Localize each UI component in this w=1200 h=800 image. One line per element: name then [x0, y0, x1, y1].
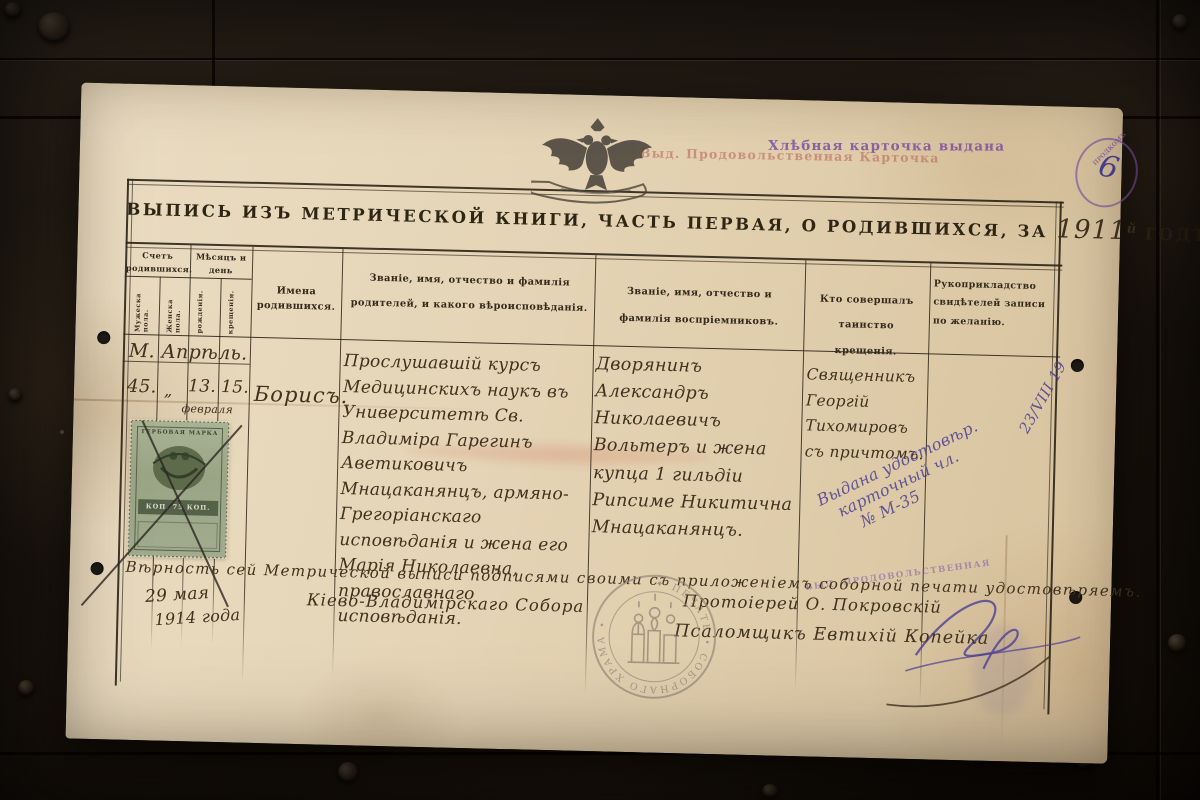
rivet — [1172, 14, 1188, 30]
entry-baptism-day: 15. — [221, 377, 249, 398]
bread-card-stamp: Хлѣбная карточка выдана — [768, 138, 1005, 155]
rivet — [38, 12, 70, 42]
signature-flourish — [878, 646, 1060, 720]
header-priest: Кто совершалъ таинство крещенія. — [807, 286, 926, 365]
stamp-date-line2: 1914 года — [154, 605, 241, 629]
church-seal-text: ✦ ПЕЧАТЬ • СОБОРНАГО ХРАМА • — [594, 577, 713, 696]
header-parents: Званіе, имя, отчество и фамилія родителе… — [348, 265, 591, 322]
entry-male-number: 45. — [127, 376, 157, 398]
entry-female-ditto: „ — [164, 381, 173, 400]
header-day-baptism: крещенія. — [226, 282, 235, 334]
entry-name: Борисъ. — [254, 382, 349, 408]
title-year-handwritten: 1911 — [1056, 214, 1127, 246]
revenue-stamp-eagle-icon — [130, 437, 227, 499]
rivet — [18, 680, 34, 696]
paint-speck — [60, 430, 64, 434]
header-witnesses: Рукоприкладство свидѣтелей записи по жел… — [933, 275, 1058, 333]
metal-seam — [1156, 0, 1159, 800]
rivet — [1168, 634, 1186, 652]
photo-of-metric-book-extract: Выд. Продовольственная Карточка Хлѣбная … — [0, 0, 1200, 800]
hole-punch — [97, 331, 110, 344]
svg-text:✦ ПЕЧАТЬ • СОБОРНАГО ХРАМА •: ✦ ПЕЧАТЬ • СОБОРНАГО ХРАМА • — [594, 577, 713, 696]
entry-day-month: февраля — [181, 402, 233, 416]
revenue-stamp: ГЕРБОВАЯ МАРКА КОП. 75 КОП. — [128, 420, 229, 558]
entry-birth-day: 13. — [188, 376, 216, 397]
revenue-stamp-ornament — [137, 521, 218, 549]
header-month-group: Мѣсяцъ и день — [191, 250, 252, 277]
header-count-female: Женска пола. — [165, 281, 182, 333]
title-year-suffix: й — [1126, 222, 1136, 237]
rivet — [4, 2, 22, 18]
metal-seam-highlight — [1160, 0, 1161, 800]
rivet — [8, 388, 22, 402]
church-building-icon — [627, 593, 681, 663]
header-godparents: Званіе, имя, отчество и фамилія воспріем… — [600, 277, 799, 337]
header-count-group: Счетъ родившихся. — [126, 249, 190, 276]
header-names: Имена родившихся. — [253, 283, 340, 315]
entry-month-note: М. Апрѣль. — [129, 340, 248, 365]
metal-seam-highlight — [0, 60, 1200, 61]
church-seal: ✦ ПЕЧАТЬ • СОБОРНАГО ХРАМА • — [587, 569, 722, 704]
title-separator-inner — [125, 246, 1062, 270]
imperial-eagle-icon — [531, 112, 663, 213]
hole-punch — [90, 562, 103, 575]
stamp-date-line1: 29 мая — [144, 583, 209, 607]
entry-godparents: Дворянинъ Александръ Николаевичъ Вольтер… — [591, 351, 808, 546]
rivet — [762, 784, 778, 798]
title-text-end: ГОДЪ. — [1144, 225, 1200, 246]
title-separator — [126, 242, 1063, 267]
rivet — [338, 762, 358, 782]
header-day-birth: рожденія. — [195, 281, 204, 333]
header-count-male: Мужеска пола. — [133, 280, 150, 332]
paper-document: Выд. Продовольственная Карточка Хлѣбная … — [65, 83, 1123, 764]
